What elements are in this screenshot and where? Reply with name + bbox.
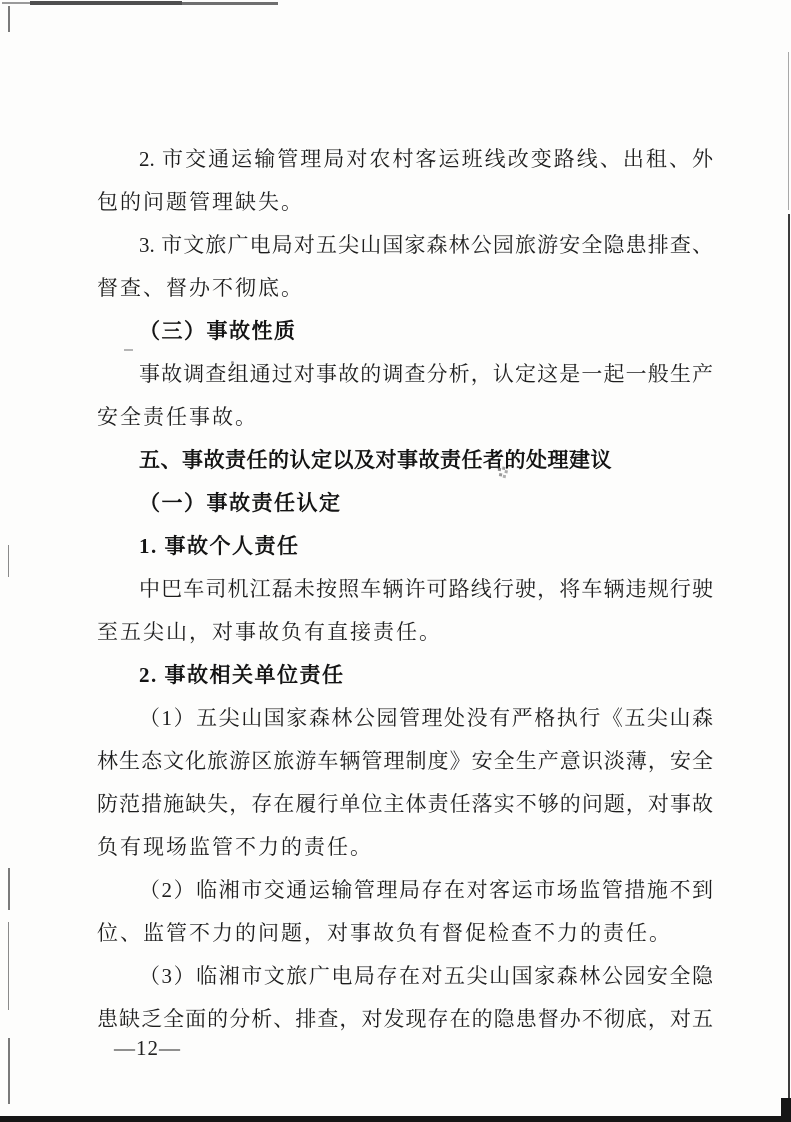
text-line: 负有现场监管不力的责任。 bbox=[97, 826, 713, 869]
text-line: 督查、督办不彻底。 bbox=[97, 267, 713, 310]
text-line: （三）事故性质 bbox=[97, 310, 713, 353]
text-line: 位、监管不力的问题，对事故负有督促检查不力的责任。 bbox=[97, 912, 713, 955]
text-line: 林生态文化旅游区旅游车辆管理制度》安全生产意识淡薄，安全 bbox=[97, 740, 713, 783]
text-line: 中巴车司机江磊未按照车辆许可路线行驶，将车辆违规行驶 bbox=[97, 568, 713, 611]
text-line: 患缺乏全面的分析、排查，对发现存在的隐患督办不彻底，对五 bbox=[97, 998, 713, 1041]
text-line: 3. 市文旅广电局对五尖山国家森林公园旅游安全隐患排查、 bbox=[97, 224, 713, 267]
scan-noise-bottom-right-corner bbox=[781, 1098, 791, 1122]
scan-noise-left-edge-1 bbox=[8, 6, 10, 32]
scan-noise-top-edge-2 bbox=[182, 2, 278, 5]
text-line: （1）五尖山国家森林公园管理处没有严格执行《五尖山森 bbox=[97, 697, 713, 740]
text-line: 2. 事故相关单位责任 bbox=[97, 654, 713, 697]
scan-noise-right-edge-2 bbox=[788, 214, 790, 1116]
text-line: （3）临湘市文旅广电局存在对五尖山国家森林公园安全隐 bbox=[97, 955, 713, 998]
document-lines: 2. 市交通运输管理局对农村客运班线改变路线、出租、外包的问题管理缺失。3. 市… bbox=[97, 138, 713, 1041]
scan-noise-right-edge-1 bbox=[788, 52, 789, 210]
text-line: 包的问题管理缺失。 bbox=[97, 181, 713, 224]
text-line: （一）事故责任认定 bbox=[97, 482, 713, 525]
text-line: （2）临湘市交通运输管理局存在对客运市场监管措施不到 bbox=[97, 869, 713, 912]
text-line: 防范措施缺失，存在履行单位主体责任落实不够的问题，对事故 bbox=[97, 783, 713, 826]
scan-noise-bottom-edge bbox=[0, 1116, 791, 1122]
text-line: 1. 事故个人责任 bbox=[97, 525, 713, 568]
text-line: 至五尖山，对事故负有直接责任。 bbox=[97, 611, 713, 654]
text-line: 安全责任事故。 bbox=[97, 396, 713, 439]
page-number: —12— bbox=[114, 1036, 181, 1061]
text-line: 五、事故责任的认定以及对事故责任者的处理建议 bbox=[97, 439, 713, 482]
scan-noise-left-edge-3 bbox=[8, 868, 10, 910]
scan-noise-left-edge-4 bbox=[8, 922, 9, 1010]
scan-noise-left-edge-5 bbox=[8, 1038, 10, 1104]
scan-noise-top-edge-1 bbox=[30, 1, 182, 5]
scan-noise-left-edge-2 bbox=[8, 545, 9, 577]
scanned-page: 2. 市交通运输管理局对农村客运班线改变路线、出租、外包的问题管理缺失。3. 市… bbox=[0, 0, 791, 1122]
scan-noise-top-edge-3 bbox=[2, 2, 30, 4]
text-line: 2. 市交通运输管理局对农村客运班线改变路线、出租、外 bbox=[97, 138, 713, 181]
text-line: 事故调查组通过对事故的调查分析，认定这是一起一般生产 bbox=[97, 353, 713, 396]
